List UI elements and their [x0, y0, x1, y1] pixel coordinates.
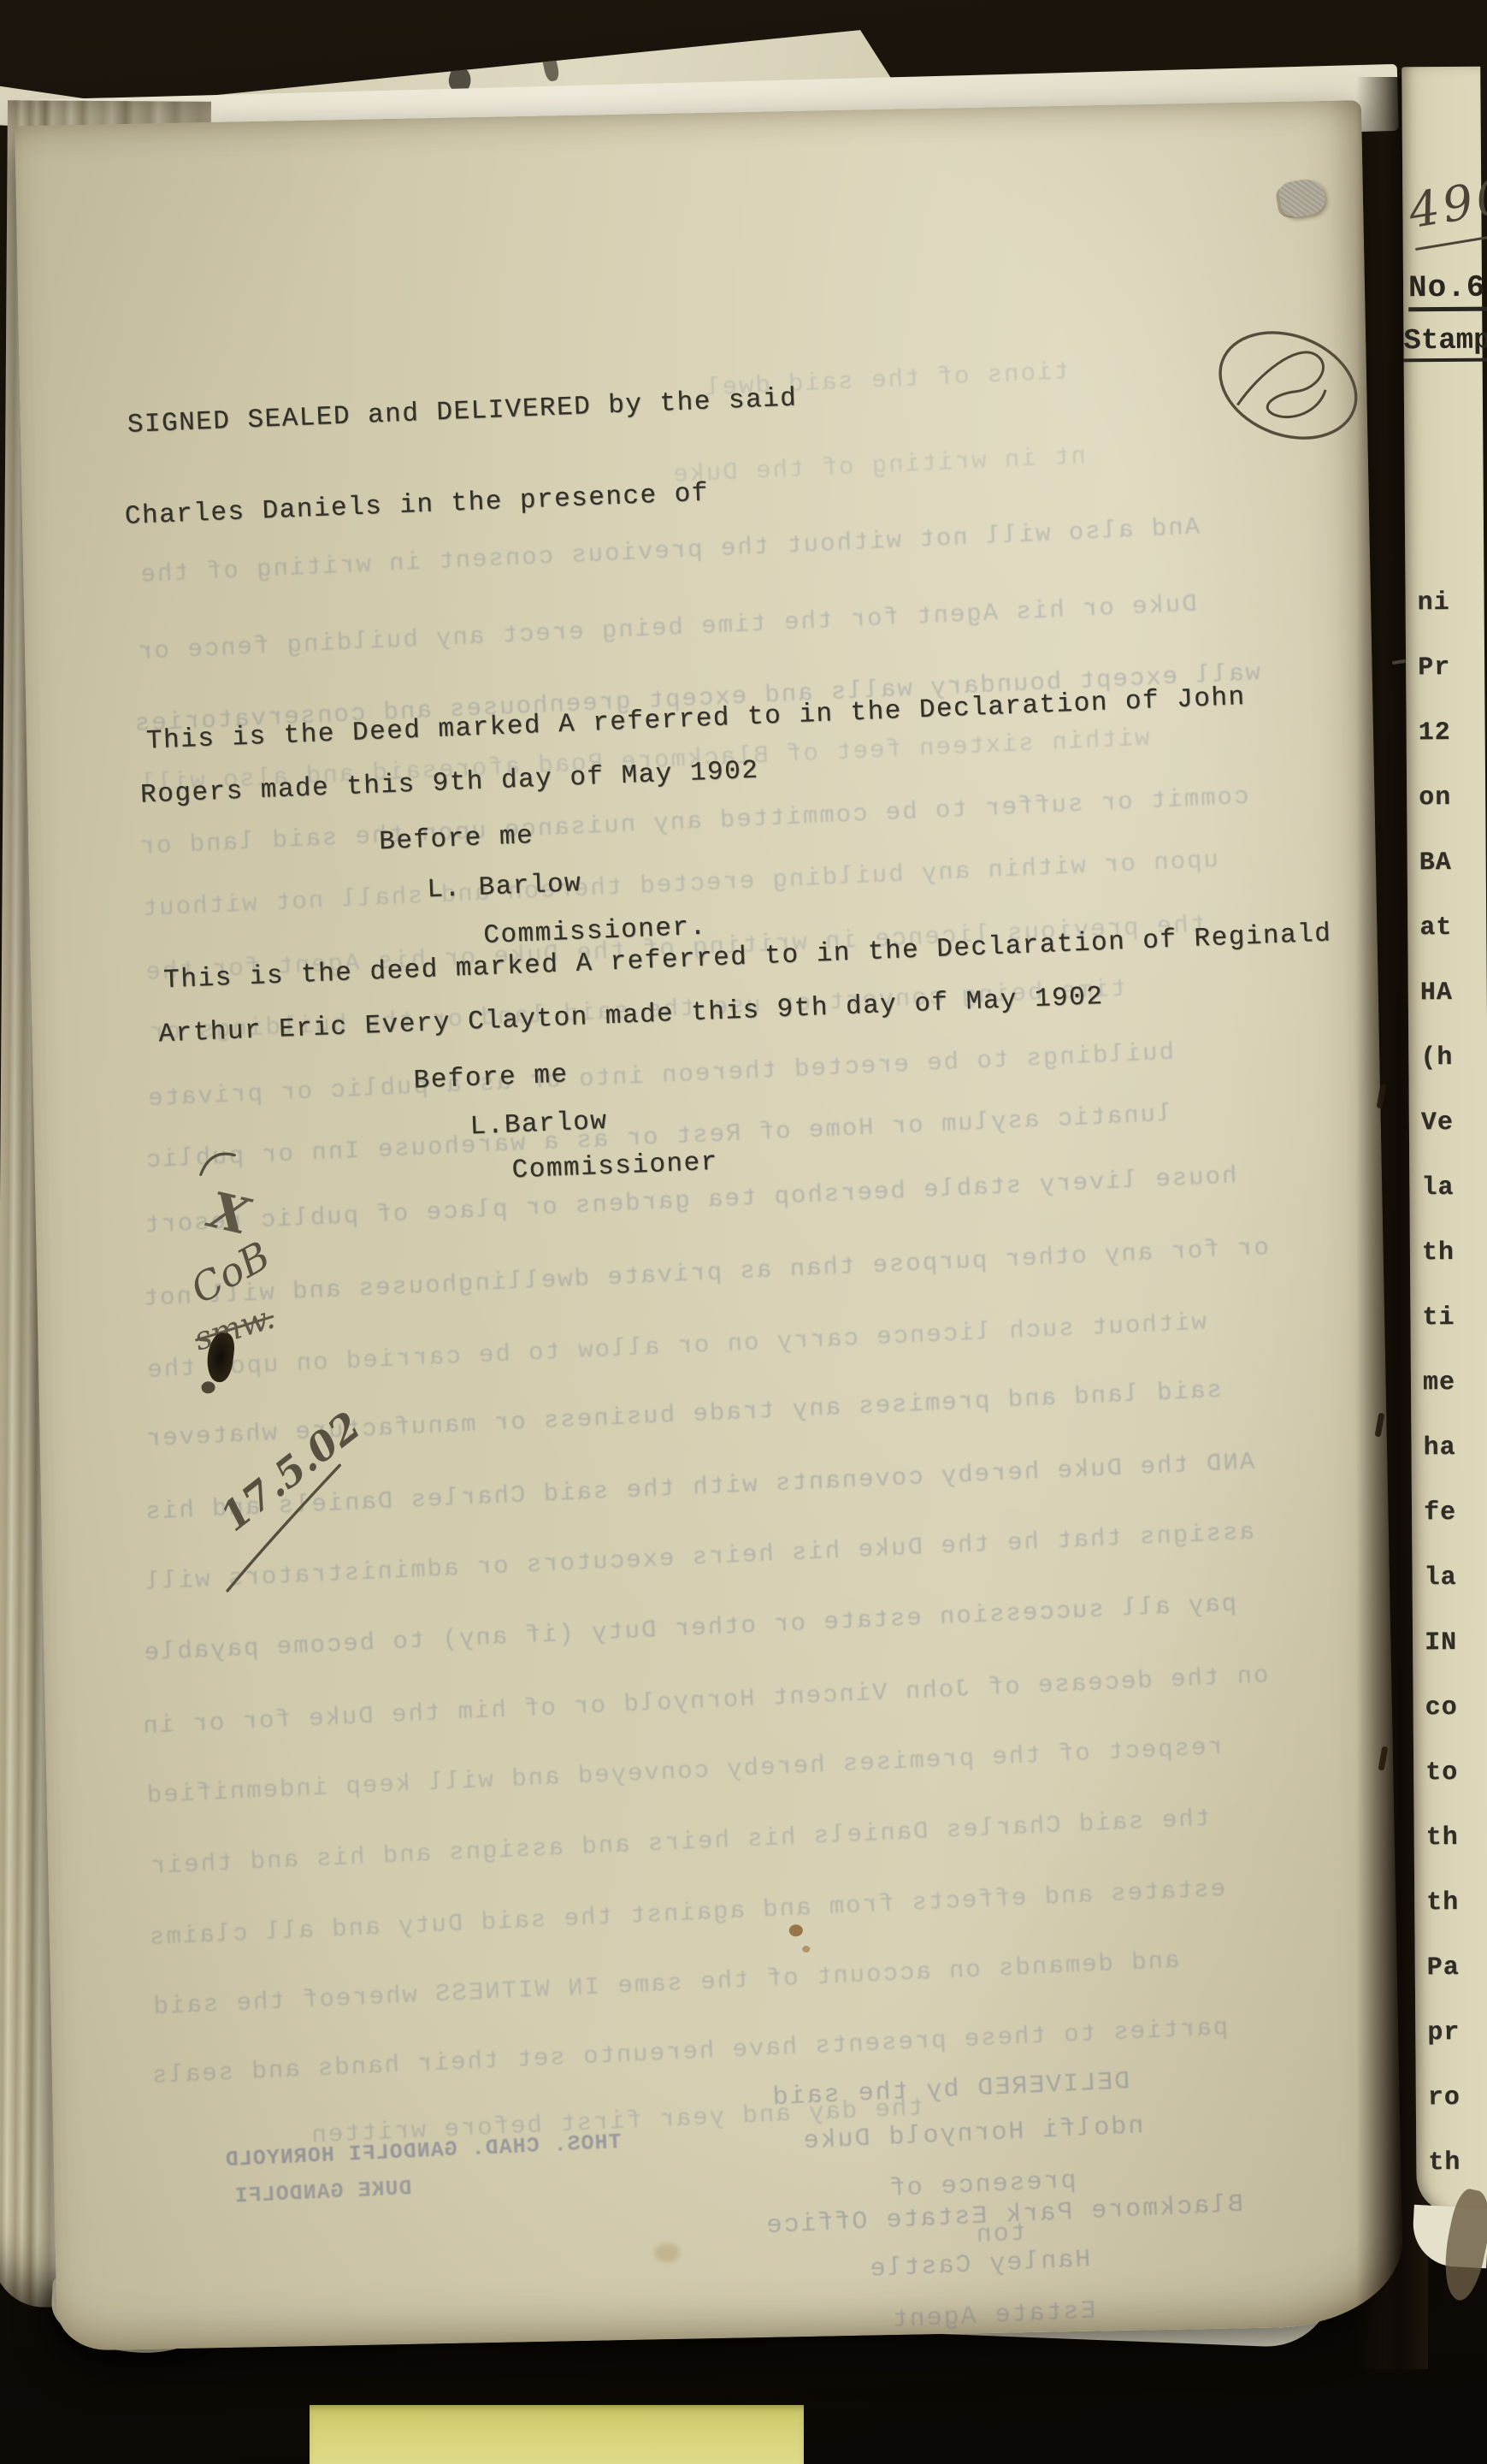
text-fragment: th [1422, 1238, 1455, 1267]
next-page-text-fragments: niPr12onBAatHA(hVelathtimehafelaINcototh… [1401, 67, 1480, 68]
embossed-stamp-fragment [1278, 177, 1327, 220]
ghost-line: and demands on account of the same IN WI… [151, 1947, 1180, 2022]
text-fragment: ha [1423, 1433, 1455, 1462]
text-fragment: (h [1420, 1043, 1453, 1072]
ghost-footer-line: Hanley Castle [868, 2245, 1091, 2284]
text-fragment: on [1419, 783, 1451, 812]
ghost-line: respect of the premises hereby conveyed … [145, 1733, 1223, 1810]
ghost-line: nt in writing of the Duke [670, 442, 1086, 489]
yellow-paper-slip [310, 2405, 804, 2464]
circled-initials-mark [1206, 314, 1374, 460]
deed1-signature: L. Barlow [427, 869, 582, 905]
text-fragment: BA [1419, 848, 1452, 877]
stamp-label: Stamp [1403, 325, 1487, 363]
deed2-line2: Arthur Eric Every Clayton made this 9th … [158, 982, 1104, 1049]
ghost-line: on the decease of John Vincent Hornyold … [141, 1661, 1270, 1740]
text-fragment: Pr [1418, 653, 1450, 682]
text-fragment: pr [1427, 2018, 1460, 2047]
paper-stain [654, 2243, 680, 2263]
text-fragment: IN [1425, 1628, 1457, 1657]
next-page-edge: 490 No.645 Stamp niPr12onBAatHA(hVelatht… [1401, 67, 1487, 2214]
text-fragment: fe [1424, 1498, 1456, 1527]
ghost-line: upon or within any building erected ther… [140, 846, 1219, 923]
deed2-signature: L.Barlow [469, 1107, 608, 1142]
ink-blot-droplet [201, 1381, 215, 1393]
deed1-before-me: Before me [379, 821, 534, 857]
text-fragment: th [1428, 2148, 1460, 2177]
ghost-footer-line: DUKE GANDOLFI [233, 2176, 412, 2208]
deed-page: tions of the said dwelnt in writing of t… [15, 100, 1404, 2351]
text-fragment: ti [1422, 1303, 1455, 1332]
pencil-curve-mark [195, 1146, 247, 1181]
text-fragment: ni [1417, 588, 1449, 617]
text-fragment: Ve [1421, 1108, 1454, 1137]
scanned-book-photo: tions of the said dwelnt in writing of t… [0, 0, 1487, 2464]
ghost-line: estates and effects from and against the… [147, 1875, 1225, 1952]
text-fragment: th [1426, 1888, 1459, 1917]
ghost-footer-line: Estate Agent [890, 2296, 1096, 2335]
presence-line: Charles Daniels in the presence of [124, 479, 709, 532]
text-fragment: HA [1420, 978, 1453, 1007]
ink-smudge [541, 51, 561, 83]
deed2-before-me: Before me [413, 1060, 569, 1096]
text-fragment: to [1425, 1758, 1458, 1787]
text-fragment: th [1426, 1823, 1459, 1852]
signed-sealed-line: SIGNED SEALED and DELIVERED by the said [127, 383, 798, 440]
ghost-footer-line: DELIVERED by the said [770, 2067, 1130, 2112]
text-fragment: Pa [1427, 1953, 1460, 1982]
ghost-line: buildings to be erected thereon into or … [145, 1038, 1174, 1114]
rust-stain [789, 1924, 803, 1936]
text-fragment: 12 [1419, 718, 1451, 747]
text-fragment: co [1425, 1693, 1458, 1722]
text-fragment: ro [1428, 2083, 1460, 2112]
ghost-line: the said Charles Daniels his heirs and a… [149, 1805, 1211, 1881]
text-fragment: la [1424, 1563, 1456, 1592]
pencil-underline-flick [220, 1458, 351, 1598]
rust-stain [802, 1946, 810, 1953]
ghost-line: or for any other purpose than as private… [141, 1233, 1270, 1313]
text-fragment: at [1419, 913, 1452, 942]
ghost-line: without such licence carry on or allow t… [145, 1309, 1207, 1385]
text-fragment: la [1421, 1173, 1454, 1202]
ghost-line: pay all succession estate or other Duty … [142, 1590, 1237, 1668]
handwritten-folio-number: 490 [1405, 168, 1487, 251]
document-number: No.645 [1408, 269, 1487, 311]
ghost-line: Duke or his Agent for the time being ere… [135, 590, 1197, 666]
text-fragment: me [1423, 1368, 1455, 1397]
